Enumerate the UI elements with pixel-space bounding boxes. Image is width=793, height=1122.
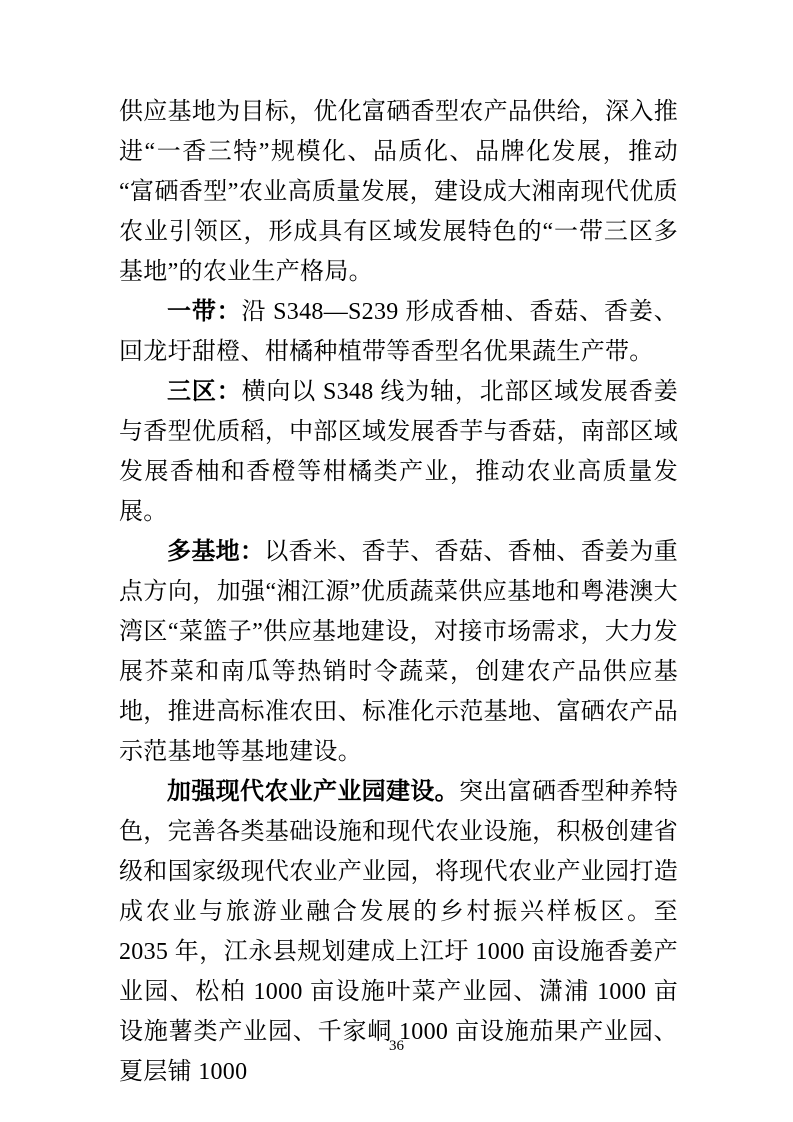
paragraph-text: 以香米、香芋、香菇、香柚、香姜为重点方向，加强“湘江源”优质蔬菜供应基地和粤港澳… (119, 539, 678, 765)
paragraph-sanqu: 三区：横向以 S348 线为轴，北部区域发展香姜与香型优质稻，中部区域发展香芋与… (119, 372, 678, 532)
paragraph-lead: 三区： (167, 378, 242, 405)
paragraph-text: 供应基地为目标，优化富硒香型农产品供给，深入推进“一香三特”规模化、品质化、品牌… (119, 99, 678, 285)
paragraph-lead: 加强现代农业产业园建设。 (167, 778, 459, 805)
paragraph-yidai: 一带：沿 S348—S239 形成香柚、香菇、香姜、回龙圩甜橙、柑橘种植带等香型… (119, 292, 678, 372)
paragraph-lead: 一带： (167, 298, 242, 325)
page-body-text: 供应基地为目标，优化富硒香型农产品供给，深入推进“一香三特”规模化、品质化、品牌… (119, 92, 678, 1092)
document-page: 供应基地为目标，优化富硒香型农产品供给，深入推进“一香三特”规模化、品质化、品牌… (0, 0, 793, 1122)
page-number: 36 (0, 1036, 793, 1056)
paragraph-continuation: 供应基地为目标，优化富硒香型农产品供给，深入推进“一香三特”规模化、品质化、品牌… (119, 92, 678, 292)
paragraph-lead: 多基地： (167, 538, 264, 565)
paragraph-duojidi: 多基地：以香米、香芋、香菇、香柚、香姜为重点方向，加强“湘江源”优质蔬菜供应基地… (119, 532, 678, 772)
